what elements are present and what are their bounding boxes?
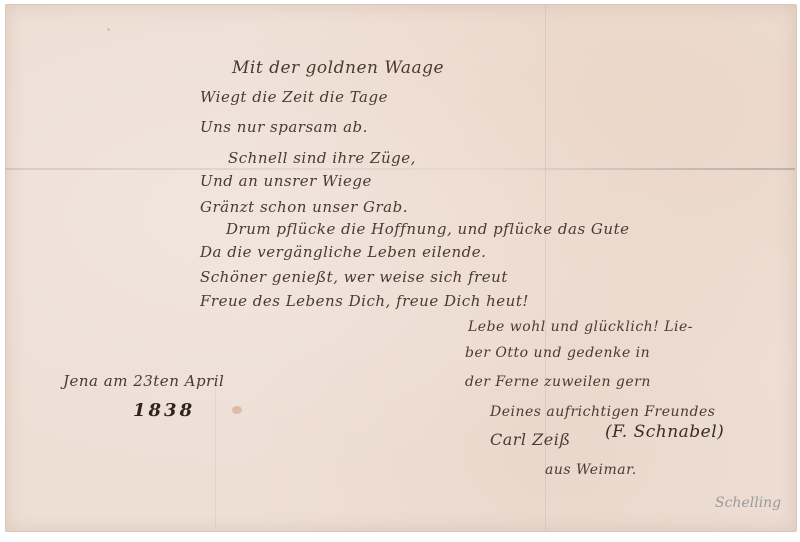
poem-line: Wiegt die Zeit die Tage xyxy=(200,90,388,105)
stain-spot xyxy=(107,28,110,31)
archival-pencil-annotation: Schelling xyxy=(715,495,781,511)
signature: Carl Zeiß xyxy=(490,432,571,448)
poem-line: Freue des Lebens Dich, freue Dich heut! xyxy=(200,294,529,309)
year: 1838 xyxy=(133,400,195,421)
poem-line: Schnell sind ihre Züge, xyxy=(228,151,416,166)
closing-line: aus Weimar. xyxy=(545,463,637,477)
closing-line: der Ferne zuweilen gern xyxy=(465,375,651,389)
vertical-fold-line-lower xyxy=(215,380,216,530)
poem-line: Schöner genießt, wer weise sich freut xyxy=(200,270,508,285)
poem-line: Drum pflücke die Hoffnung, und pflücke d… xyxy=(226,222,629,237)
stain-spot xyxy=(232,406,242,414)
poem-line: Uns nur sparsam ab. xyxy=(200,120,368,135)
poem-line: Gränzt schon unser Grab. xyxy=(200,200,408,215)
poem-line: Da die vergängliche Leben eilende. xyxy=(200,245,486,260)
horizontal-fold-line xyxy=(5,168,795,170)
place-date: Jena am 23ten April xyxy=(63,372,224,390)
closing-line: ber Otto und gedenke in xyxy=(465,346,650,360)
closing-line: Deines aufrichtigen Freundes xyxy=(490,405,715,419)
closing-line: Lebe wohl und glücklich! Lie- xyxy=(468,320,693,334)
vertical-fold-line xyxy=(545,4,546,530)
signature-note: (F. Schnabel) xyxy=(605,424,724,441)
poem-line: Mit der goldnen Waage xyxy=(232,60,444,77)
poem-line: Und an unsrer Wiege xyxy=(200,174,372,189)
